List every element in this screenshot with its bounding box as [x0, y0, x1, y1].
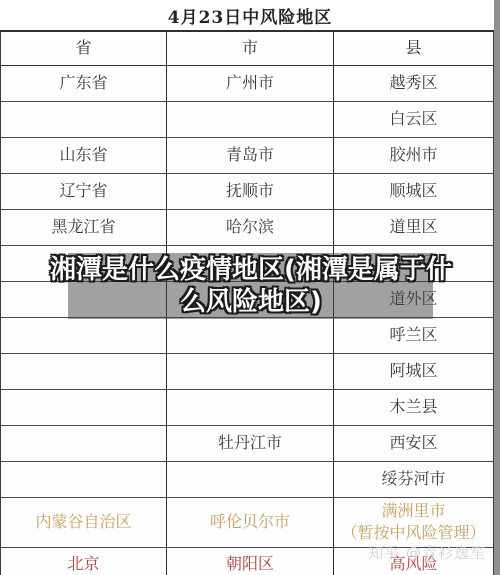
column-header-province: 省 [1, 32, 166, 65]
cell-county: 满洲里市 （暂按中风险管理） [333, 498, 493, 547]
cell-province [1, 390, 166, 425]
cell-county: 白云区 [333, 102, 493, 137]
cell-county: 西安区 [333, 426, 493, 461]
cell-city [166, 462, 333, 497]
cell-city [166, 318, 333, 353]
cell-county: 道里区 [333, 210, 493, 245]
table-header-row: 省 市 县 [1, 32, 493, 66]
cell-province: 北京 [1, 548, 166, 575]
cell-county: 胶州市 [333, 138, 493, 173]
table-row: 呼兰区 [1, 318, 493, 354]
cell-city: 广州市 [166, 66, 333, 101]
table-row: 绥芬河市 [1, 462, 493, 498]
cell-city [166, 102, 333, 137]
cell-county: 呼兰区 [333, 318, 493, 353]
table-row: 广东省 广州市 越秀区 [1, 66, 493, 102]
cell-province [1, 102, 166, 137]
table-body: 广东省 广州市 越秀区 白云区 山东省 青岛市 胶州市 辽宁省 抚顺市 顺城区 … [1, 66, 493, 575]
column-header-city: 市 [166, 32, 333, 65]
table-row: 山东省 青岛市 胶州市 [1, 138, 493, 174]
overlay-title-band [68, 253, 433, 319]
page-title: 4月23日中风险地区 [0, 0, 500, 30]
cell-city [166, 390, 333, 425]
cell-province: 辽宁省 [1, 174, 166, 209]
table-row: 辽宁省 抚顺市 顺城区 [1, 174, 493, 210]
cell-province [1, 354, 166, 389]
cell-province [1, 318, 166, 353]
risk-area-table-image: 4月23日中风险地区 省 市 县 广东省 广州市 越秀区 白云区 山东省 青岛市… [0, 0, 500, 575]
cell-county: 阿城区 [333, 354, 493, 389]
cell-province: 广东省 [1, 66, 166, 101]
table-row: 北京 朝阳区 高风险 [1, 548, 493, 575]
cell-city: 牡丹江市 [166, 426, 333, 461]
cell-city: 青岛市 [166, 138, 333, 173]
cell-county: 顺城区 [333, 174, 493, 209]
cell-province [1, 462, 166, 497]
cell-city: 哈尔滨 [166, 210, 333, 245]
column-header-county: 县 [333, 32, 493, 65]
cell-province: 内蒙谷自治区 [1, 498, 166, 547]
table-row: 白云区 [1, 102, 493, 138]
cell-province [1, 426, 166, 461]
table-row: 阿城区 [1, 354, 493, 390]
cell-city [166, 354, 333, 389]
right-edge-strip [494, 0, 500, 575]
cell-city: 朝阳区 [166, 548, 333, 575]
cell-city: 抚顺市 [166, 174, 333, 209]
cell-province: 黑龙江省 [1, 210, 166, 245]
cell-county: 高风险 [333, 548, 493, 575]
table-row: 黑龙江省 哈尔滨 道里区 [1, 210, 493, 246]
cell-province: 山东省 [1, 138, 166, 173]
table-row: 内蒙谷自治区 呼伦贝尔市 满洲里市 （暂按中风险管理） [1, 498, 493, 548]
table-row: 牡丹江市 西安区 [1, 426, 493, 462]
cell-county: 越秀区 [333, 66, 493, 101]
cell-city: 呼伦贝尔市 [166, 498, 333, 547]
cell-county: 木兰县 [333, 390, 493, 425]
table-row: 木兰县 [1, 390, 493, 426]
cell-county: 绥芬河市 [333, 462, 493, 497]
